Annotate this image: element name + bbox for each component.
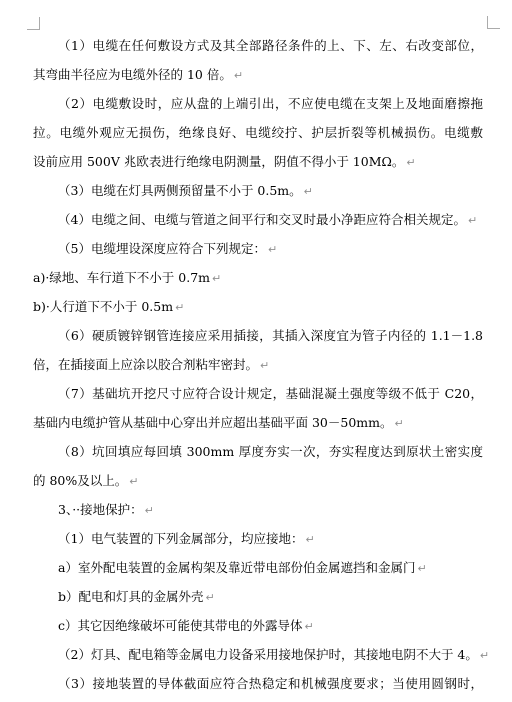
line-text: （5）电缆埋设深度应符合下列规定： (58, 241, 266, 256)
paragraph-mark-icon: ↵ (129, 475, 138, 488)
text-line[interactable]: b）配电和灯具的金属外壳↵ (33, 582, 483, 611)
line-text: 的 80%及以上。 (33, 473, 127, 488)
line-text: a）室外配电装置的金属构架及靠近带电部份伯金属遮挡和金属门 (58, 560, 415, 575)
paragraph-mark-icon: ↵ (206, 591, 215, 604)
paragraph-mark-icon: ↵ (395, 417, 404, 430)
paragraph-mark-icon: ↵ (145, 504, 154, 517)
text-line[interactable]: （1）电缆在任何敷设方式及其全部路径条件的上、下、左、右改变部位， (33, 31, 483, 60)
line-text: （1）电气装置的下列金属部分，均应接地： (58, 531, 303, 546)
line-text: a)·绿地、车行道下不小于 0.7m (33, 270, 210, 285)
line-text: （2）灯具、配电箱等金属电力设备采用接地保护时，其接地电阴不大于 4。 (58, 647, 478, 662)
line-text: （8）坑回填应每回填 300mm 厚度夯实一次，夯实程度达到原状土密实度 (58, 444, 483, 459)
paragraph-mark-icon: ↵ (406, 156, 415, 169)
paragraph-mark-icon: ↵ (468, 214, 477, 227)
text-line[interactable]: （8）坑回填应每回填 300mm 厚度夯实一次，夯实程度达到原状土密实度 (33, 437, 483, 466)
paragraph-mark-icon: ↵ (480, 649, 489, 662)
text-line[interactable]: a)·绿地、车行道下不小于 0.7m↵ (33, 263, 483, 292)
line-text: c）其它因绝缘破坏可能使其带电的外露导体 (58, 618, 303, 633)
text-line[interactable]: 拉。电缆外观应无损伤，绝缘良好、电缆绞拧、护层折裂等机械损伤。电缆敷 (33, 118, 483, 147)
text-line[interactable]: 设前应用 500V 兆欧表进行绝缘电阴测量，阴值不得小于 10MΩ。↵ (33, 147, 483, 176)
paragraph-mark-icon: ↵ (268, 243, 277, 256)
text-line[interactable]: a）室外配电装置的金属构架及靠近带电部份伯金属遮挡和金属门↵ (33, 553, 483, 582)
text-boundary-mark-top-right-icon (487, 16, 500, 29)
text-line[interactable]: （7）基础坑开挖尺寸应符合设计规定，基础混凝土强度等级不低于 C20， (33, 379, 483, 408)
text-line[interactable]: 其弯曲半径应为电缆外径的 10 倍。↵ (33, 60, 483, 89)
paragraph-mark-icon: ↵ (304, 185, 313, 198)
text-line[interactable]: （3）接地装置的导体截面应符合热稳定和机械强度要求；当使用圆钢时， (33, 669, 483, 698)
line-text: 倍，在插接面上应涂以胶合剂粘牢密封。 (33, 357, 258, 372)
paragraph-mark-icon: ↵ (175, 301, 184, 314)
line-text: （1）电缆在任何敷设方式及其全部路径条件的上、下、左、右改变部位， (58, 38, 483, 53)
line-text: b）配电和灯具的金属外壳 (58, 589, 204, 604)
paragraph-mark-icon: ↵ (212, 272, 221, 285)
line-text: b)·人行道下不小于 0.5m (33, 299, 173, 314)
line-text: （3）电缆在灯具两侧预留量不小于 0.5m。 (58, 183, 302, 198)
text-line[interactable]: c）其它因绝缘破坏可能使其带电的外露导体↵ (33, 611, 483, 640)
line-text: 3、··接地保护： (58, 502, 143, 517)
line-text: （3）接地装置的导体截面应符合热稳定和机械强度要求；当使用圆钢时， (58, 676, 483, 691)
text-line[interactable]: （3）电缆在灯具两侧预留量不小于 0.5m。↵ (33, 176, 483, 205)
document-text-area[interactable]: （1）电缆在任何敷设方式及其全部路径条件的上、下、左、右改变部位，其弯曲半径应为… (33, 31, 483, 698)
line-text: 设前应用 500V 兆欧表进行绝缘电阴测量，阴值不得小于 10MΩ。 (33, 154, 404, 169)
line-text: （6）硬质镀锌钢管连接应采用插接，其插入深度宜为管子内径的 1.1－1.8 (58, 328, 483, 343)
paragraph-mark-icon: ↵ (305, 533, 314, 546)
text-line[interactable]: 3、··接地保护：↵ (33, 495, 483, 524)
text-boundary-mark-top-left-icon (27, 17, 40, 30)
text-line[interactable]: （2）电缆敷设时，应从盘的上端引出，不应使电缆在支架上及地面磨擦拖 (33, 89, 483, 118)
text-line[interactable]: （1）电气装置的下列金属部分，均应接地：↵ (33, 524, 483, 553)
paragraph-mark-icon: ↵ (260, 359, 269, 372)
text-line[interactable]: 倍，在插接面上应涂以胶合剂粘牢密封。↵ (33, 350, 483, 379)
line-text: 其弯曲半径应为电缆外径的 10 倍。 (33, 67, 232, 82)
text-line[interactable]: 的 80%及以上。↵ (33, 466, 483, 495)
paragraph-mark-icon: ↵ (234, 69, 243, 82)
text-line[interactable]: （4）电缆之间、电缆与管道之间平行和交叉时最小净距应符合相关规定。↵ (33, 205, 483, 234)
paragraph-mark-icon: ↵ (417, 562, 426, 575)
text-line[interactable]: （6）硬质镀锌钢管连接应采用插接，其插入深度宜为管子内径的 1.1－1.8 (33, 321, 483, 350)
line-text: （7）基础坑开挖尺寸应符合设计规定，基础混凝土强度等级不低于 C20， (58, 386, 483, 401)
line-text: 基础内电缆护管从基础中心穿出并应超出基础平面 30－50mm。 (33, 415, 393, 430)
text-line[interactable]: b)·人行道下不小于 0.5m↵ (33, 292, 483, 321)
text-line[interactable]: （5）电缆埋设深度应符合下列规定：↵ (33, 234, 483, 263)
line-text: （2）电缆敷设时，应从盘的上端引出，不应使电缆在支架上及地面磨擦拖 (58, 96, 483, 111)
paragraph-mark-icon: ↵ (305, 620, 314, 633)
text-line[interactable]: 基础内电缆护管从基础中心穿出并应超出基础平面 30－50mm。↵ (33, 408, 483, 437)
document-page: （1）电缆在任何敷设方式及其全部路径条件的上、下、左、右改变部位，其弯曲半径应为… (0, 0, 512, 702)
line-text: （4）电缆之间、电缆与管道之间平行和交叉时最小净距应符合相关规定。 (58, 212, 466, 227)
text-line[interactable]: （2）灯具、配电箱等金属电力设备采用接地保护时，其接地电阴不大于 4。↵ (33, 640, 483, 669)
line-text: 拉。电缆外观应无损伤，绝缘良好、电缆绞拧、护层折裂等机械损伤。电缆敷 (33, 125, 483, 140)
